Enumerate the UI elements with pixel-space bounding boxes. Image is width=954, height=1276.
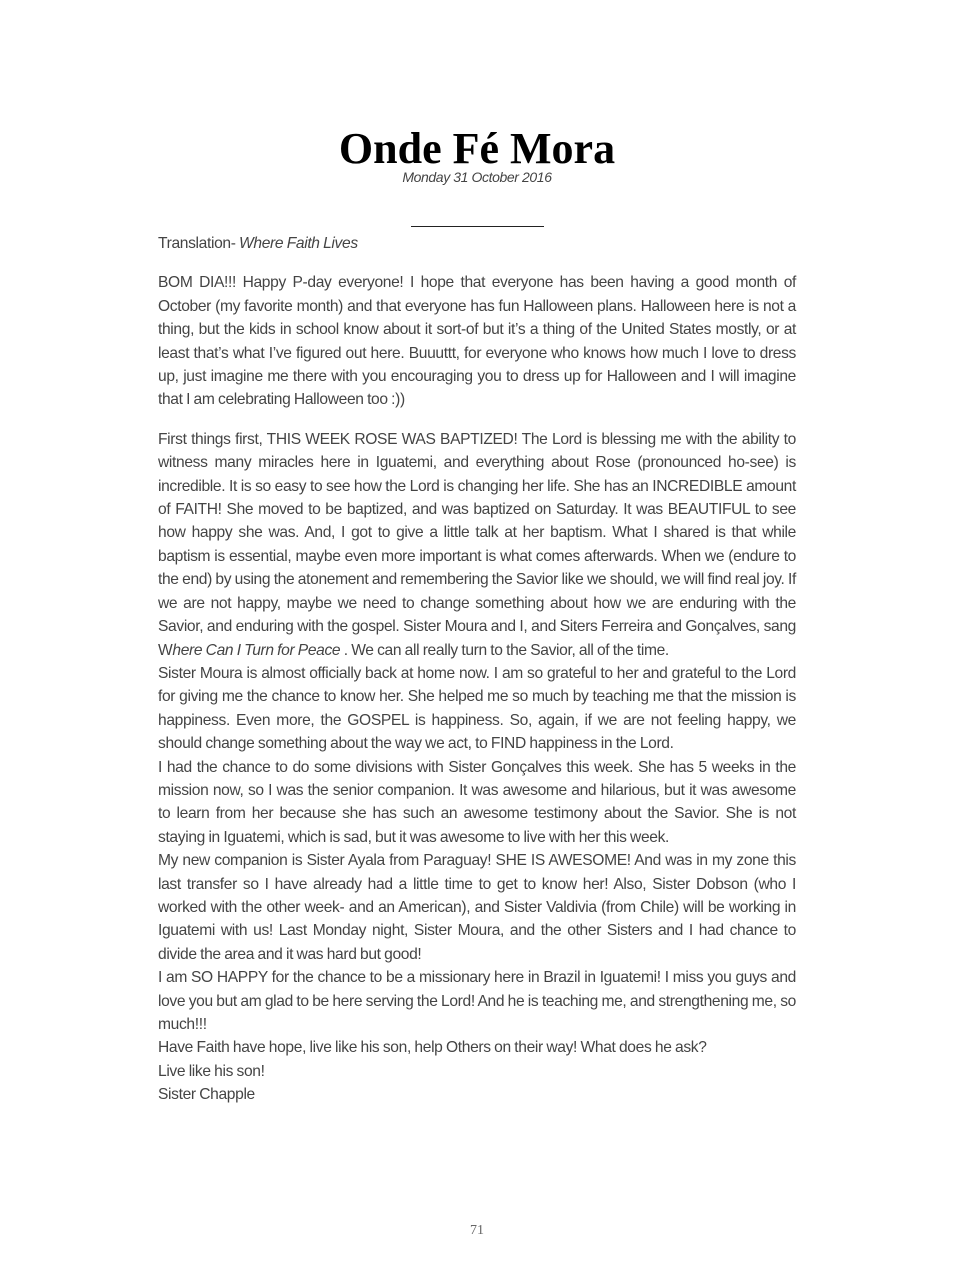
signature: Sister Chapple <box>158 1083 796 1106</box>
paragraph-happy: I am SO HAPPY for the chance to be a mis… <box>158 966 796 1036</box>
song-title: here Can I Turn for Peace <box>172 642 340 659</box>
document-page: Onde Fé Mora Monday 31 October 2016 Tran… <box>0 0 954 1276</box>
paragraph-new-companion: My new companion is Sister Ayala from Pa… <box>158 849 796 966</box>
baptism-text: First things first, THIS WEEK ROSE WAS B… <box>158 431 796 659</box>
closing-line-2: Live like his son! <box>158 1060 796 1083</box>
paragraph-divisions: I had the chance to do some divisions wi… <box>158 756 796 850</box>
page-number: 71 <box>0 1223 954 1239</box>
baptism-text-end: . We can all really turn to the Savior, … <box>340 642 669 659</box>
paragraph-baptism: First things first, THIS WEEK ROSE WAS B… <box>158 428 796 662</box>
page-title: Onde Fé Mora <box>0 124 954 174</box>
letter-body: Translation- Where Faith Lives BOM DIA!!… <box>158 232 796 1107</box>
translation-line: Translation- Where Faith Lives <box>158 232 796 255</box>
paragraph-sister-moura: Sister Moura is almost officially back a… <box>158 662 796 756</box>
translation-text: Where Faith Lives <box>239 235 358 252</box>
closing-line-1: Have Faith have hope, live like his son,… <box>158 1036 796 1059</box>
paragraph-greeting: BOM DIA!!! Happy P-day everyone! I hope … <box>158 271 796 411</box>
post-date: Monday 31 October 2016 <box>0 169 954 185</box>
title-divider <box>411 226 544 227</box>
translation-label: Translation- <box>158 235 239 252</box>
